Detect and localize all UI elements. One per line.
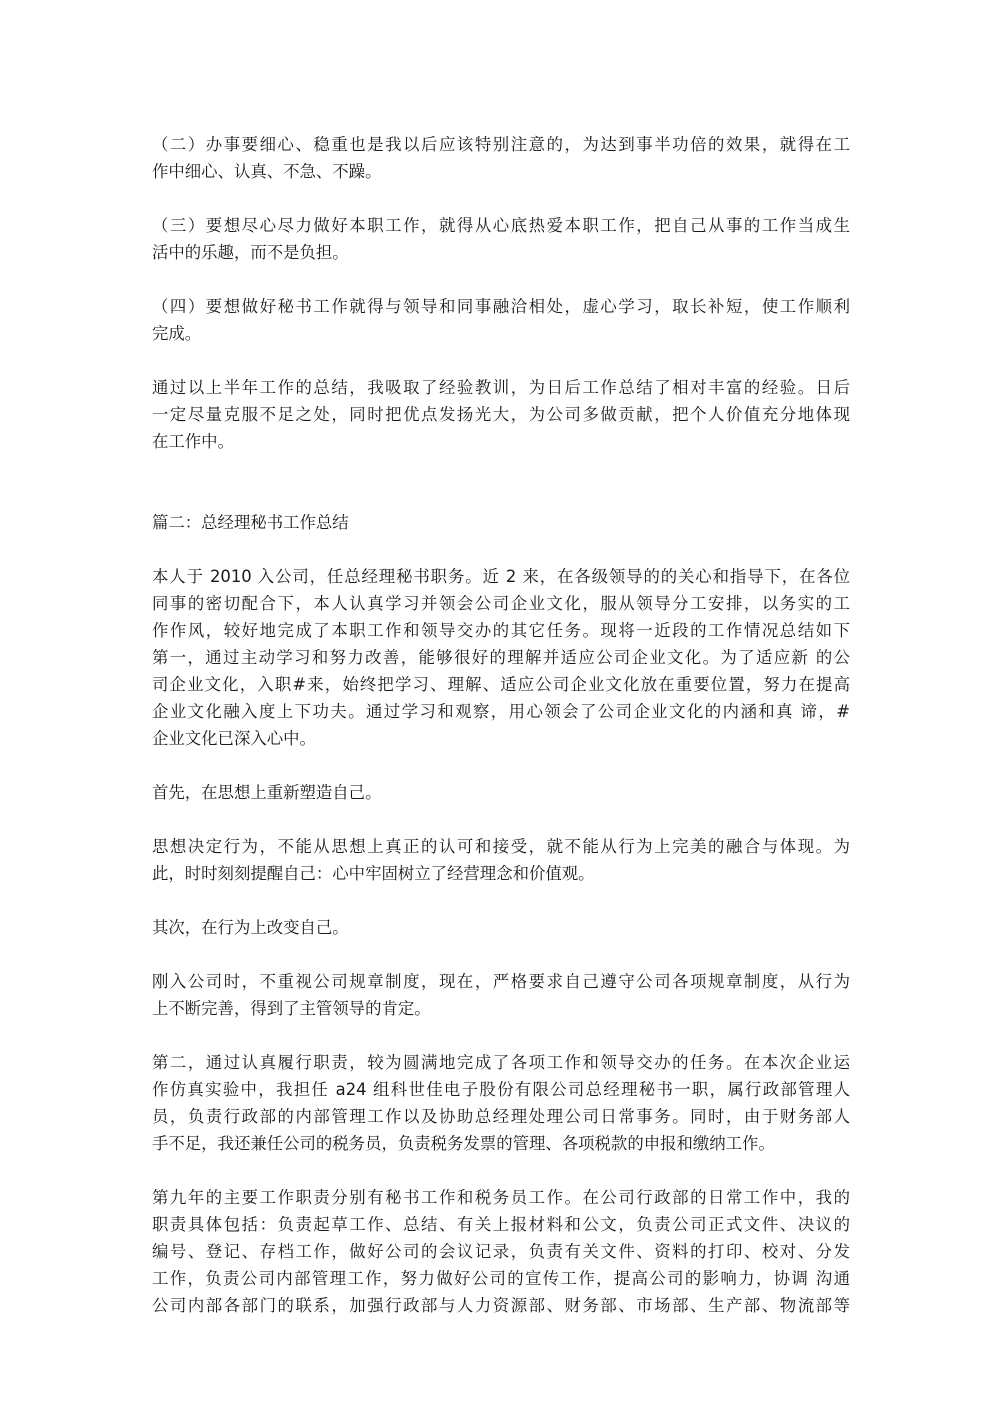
text-line: 企业文化融入度上下功夫。通过学习和观察，用心领会了公司企业文化的内涵和真 谛，#	[152, 698, 850, 725]
paragraph-first: 首先，在思想上重新塑造自己。	[152, 779, 850, 806]
text-line: 完成。	[152, 320, 850, 347]
text-line: 司企业文化，入职#来，始终把学习、理解、适应公司企业文化放在重要位置，努力在提高	[152, 671, 850, 698]
text-line: 第一，通过主动学习和努力改善，能够很好的理解并适应公司企业文化。为了适应新 的公	[152, 644, 850, 671]
text-line: 本人于 2010 入公司，任总经理秘书职务。近 2 来，在各级领导的的关心和指导…	[152, 563, 850, 590]
paragraph-4: （四）要想做好秘书工作就得与领导和同事融洽相处，虚心学习，取长补短，使工作顺利 …	[152, 293, 850, 347]
text-line: 此，时时刻刻提醒自己：心中牢固树立了经营理念和价值观。	[152, 860, 850, 887]
paragraph-duties: 第二，通过认真履行职责，较为圆满地完成了各项工作和领导交办的任务。在本次企业运 …	[152, 1049, 850, 1157]
text-line: 刚入公司时，不重视公司规章制度，现在，严格要求自己遵守公司各项规章制度，从行为	[152, 968, 850, 995]
text-line: （二）办事要细心、稳重也是我以后应该特别注意的，为达到事半功倍的效果，就得在工	[152, 131, 850, 158]
text-line: 首先，在思想上重新塑造自己。	[152, 779, 850, 806]
text-line: 同事的密切配合下，本人认真学习并领会公司企业文化，服从领导分工安排，以务实的工	[152, 590, 850, 617]
text-line: 职责具体包括：负责起草工作、总结、有关上报材料和公文，负责公司正式文件、决议的	[152, 1211, 850, 1238]
paragraph-rules: 刚入公司时，不重视公司规章制度，现在，严格要求自己遵守公司各项规章制度，从行为 …	[152, 968, 850, 1022]
document-page: （二）办事要细心、稳重也是我以后应该特别注意的，为达到事半功倍的效果，就得在工 …	[152, 131, 850, 1346]
paragraph-thought: 思想决定行为，不能从思想上真正的认可和接受，就不能从行为上完美的融合与体现。为 …	[152, 833, 850, 887]
heading-text: 篇二：总经理秘书工作总结	[152, 509, 850, 536]
text-line: 其次，在行为上改变自己。	[152, 914, 850, 941]
text-line: 在工作中。	[152, 428, 850, 455]
text-line: 企业文化已深入心中。	[152, 725, 850, 752]
text-line: 一定尽量克服不足之处，同时把优点发扬光大，为公司多做贡献，把个人价值充分地体现	[152, 401, 850, 428]
paragraph-second: 其次，在行为上改变自己。	[152, 914, 850, 941]
paragraph-2: （二）办事要细心、稳重也是我以后应该特别注意的，为达到事半功倍的效果，就得在工 …	[152, 131, 850, 185]
text-line: 公司内部各部门的联系，加强行政部与人力资源部、财务部、市场部、生产部、物流部等	[152, 1292, 850, 1319]
text-line: 作中细心、认真、不急、不躁。	[152, 158, 850, 185]
text-line: 员，负责行政部的内部管理工作以及协助总经理处理公司日常事务。同时，由于财务部人	[152, 1103, 850, 1130]
text-line: 上不断完善，得到了主管领导的肯定。	[152, 995, 850, 1022]
text-line: 通过以上半年工作的总结，我吸取了经验教训，为日后工作总结了相对丰富的经验。日后	[152, 374, 850, 401]
text-line: 第九年的主要工作职责分别有秘书工作和税务员工作。在公司行政部的日常工作中，我的	[152, 1184, 850, 1211]
text-line: 编号、登记、存档工作，做好公司的会议记录，负责有关文件、资料的打印、校对、分发	[152, 1238, 850, 1265]
text-line: （四）要想做好秘书工作就得与领导和同事融洽相处，虚心学习，取长补短，使工作顺利	[152, 293, 850, 320]
text-line: 作仿真实验中，我担任 a24 组科世佳电子股份有限公司总经理秘书一职，属行政部管…	[152, 1076, 850, 1103]
text-line: 活中的乐趣，而不是负担。	[152, 239, 850, 266]
text-line: 工作，负责公司内部管理工作，努力做好公司的宣传工作，提高公司的影响力，协调 沟通	[152, 1265, 850, 1292]
paragraph-ninth-year: 第九年的主要工作职责分别有秘书工作和税务员工作。在公司行政部的日常工作中，我的 …	[152, 1184, 850, 1319]
text-line: 作作风，较好地完成了本职工作和领导交办的其它任务。现将一近段的工作情况总结如下	[152, 617, 850, 644]
text-line: 第二，通过认真履行职责，较为圆满地完成了各项工作和领导交办的任务。在本次企业运	[152, 1049, 850, 1076]
section-heading: 篇二：总经理秘书工作总结	[152, 509, 850, 536]
paragraph-intro: 本人于 2010 入公司，任总经理秘书职务。近 2 来，在各级领导的的关心和指导…	[152, 563, 850, 752]
text-line: （三）要想尽心尽力做好本职工作，就得从心底热爱本职工作，把自己从事的工作当成生	[152, 212, 850, 239]
paragraph-3: （三）要想尽心尽力做好本职工作，就得从心底热爱本职工作，把自己从事的工作当成生 …	[152, 212, 850, 266]
text-line: 手不足，我还兼任公司的税务员，负责税务发票的管理、各项税款的申报和缴纳工作。	[152, 1130, 850, 1157]
paragraph-summary: 通过以上半年工作的总结，我吸取了经验教训，为日后工作总结了相对丰富的经验。日后 …	[152, 374, 850, 455]
text-line: 思想决定行为，不能从思想上真正的认可和接受，就不能从行为上完美的融合与体现。为	[152, 833, 850, 860]
